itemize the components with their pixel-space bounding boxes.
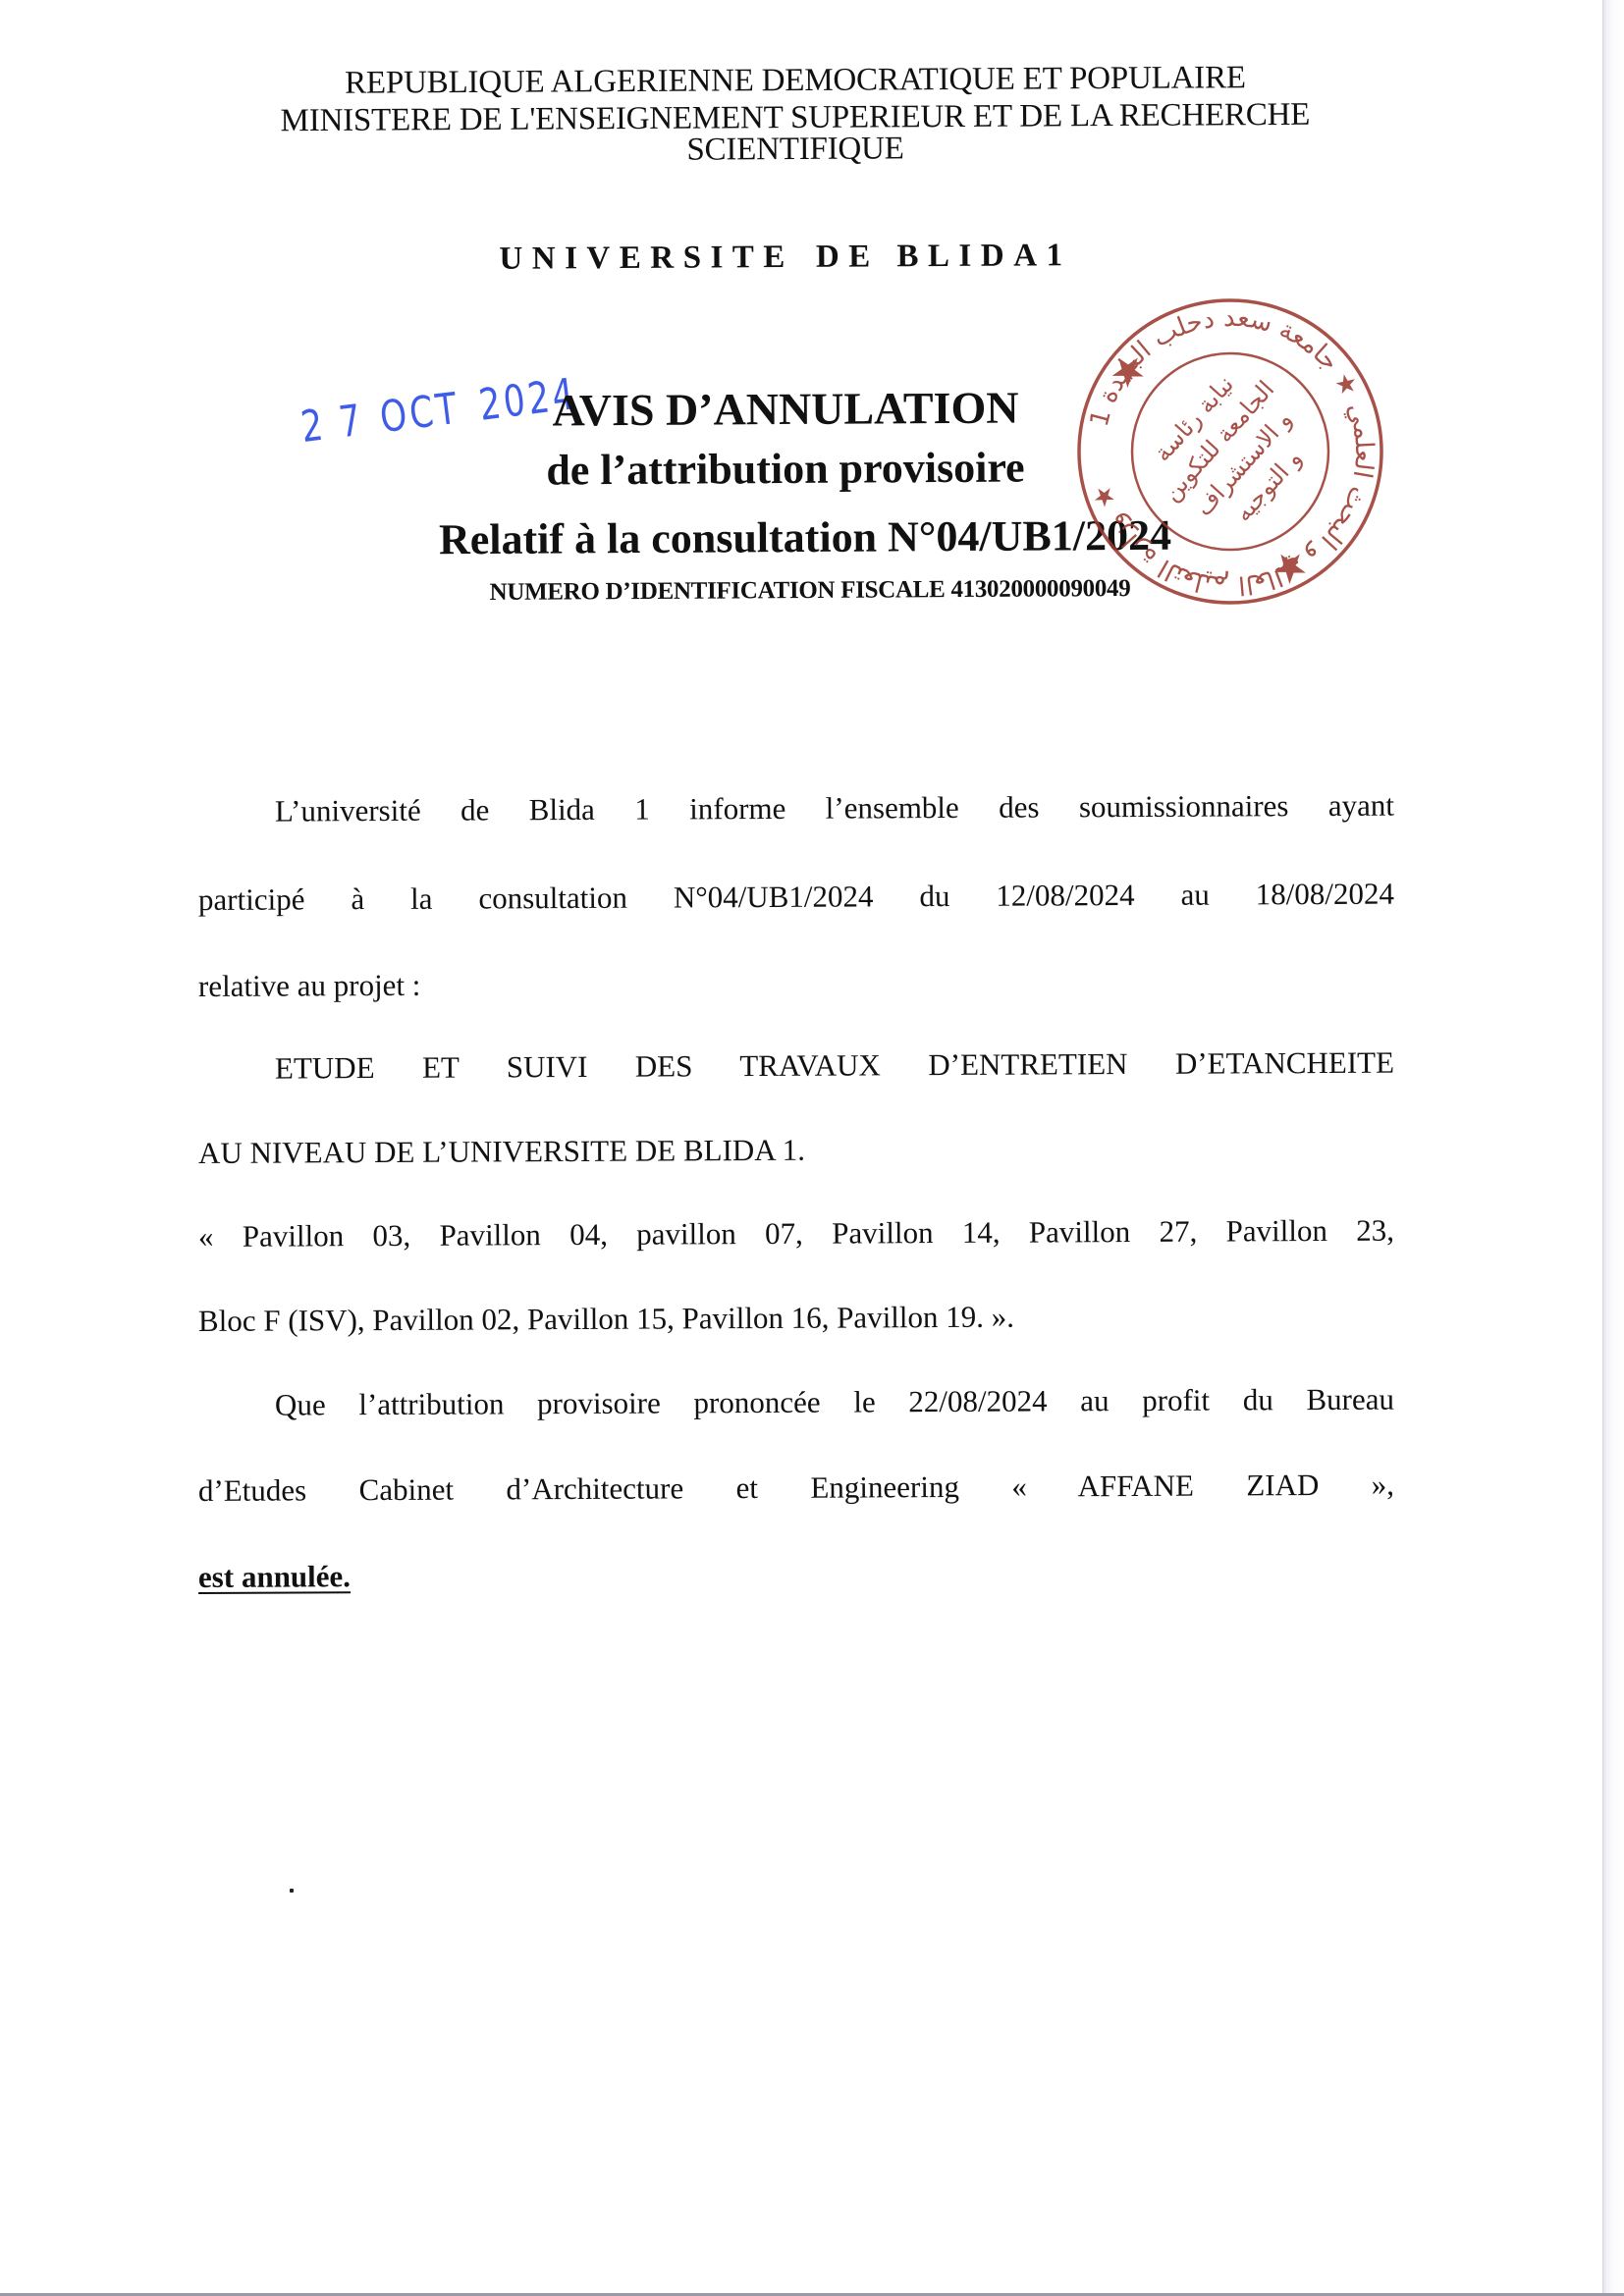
cancellation-paragraph-line: d’Etudes Cabinet d’Architecture et Engin… bbox=[198, 1467, 1394, 1510]
project-title-line: AU NIVEAU DE L’UNIVERSITE DE BLIDA 1. bbox=[198, 1129, 1394, 1172]
cancelled-label: est annulée. bbox=[198, 1559, 351, 1594]
notice-subtitle: de l’attribution provisoire bbox=[501, 442, 1070, 496]
cancellation-statement: est annulée. bbox=[198, 1553, 1394, 1596]
paragraph-intro-line: relative au projet : bbox=[198, 962, 1394, 1005]
seal-rings bbox=[1079, 300, 1381, 603]
cancellation-paragraph-line: Que l’attribution provisoire prononcée l… bbox=[198, 1381, 1394, 1424]
scan-speck bbox=[290, 1889, 294, 1893]
republic-header: REPUBLIQUE ALGERIENNE DEMOCRATIQUE ET PO… bbox=[167, 61, 1424, 100]
paragraph-intro-line: L’université de Blida 1 informe l’ensemb… bbox=[198, 787, 1394, 830]
paragraph-intro-line: participé à la consultation N°04/UB1/202… bbox=[198, 876, 1394, 919]
project-title-line: ETUDE ET SUIVI DES TRAVAUX D’ENTRETIEN D… bbox=[198, 1044, 1394, 1088]
seal-outer-text: وزارة التعليم العالي و البحث العلمي ★ جا… bbox=[1085, 303, 1379, 600]
notice-title: AVIS D’ANNULATION bbox=[520, 381, 1051, 436]
official-seal-icon: وزارة التعليم العالي و البحث العلمي ★ جا… bbox=[1073, 294, 1387, 609]
scanned-page-right-edge bbox=[1602, 0, 1624, 2296]
buildings-list-line: Bloc F (ISV), Pavillon 02, Pavillon 15, … bbox=[198, 1297, 1394, 1340]
ministry-header: MINISTERE DE L'ENSEIGNEMENT SUPERIEUR ET… bbox=[167, 98, 1424, 169]
buildings-list-line: « Pavillon 03, Pavillon 04, pavillon 07,… bbox=[198, 1212, 1394, 1255]
university-name: UNIVERSITEDE BLIDA1 bbox=[461, 238, 1110, 278]
